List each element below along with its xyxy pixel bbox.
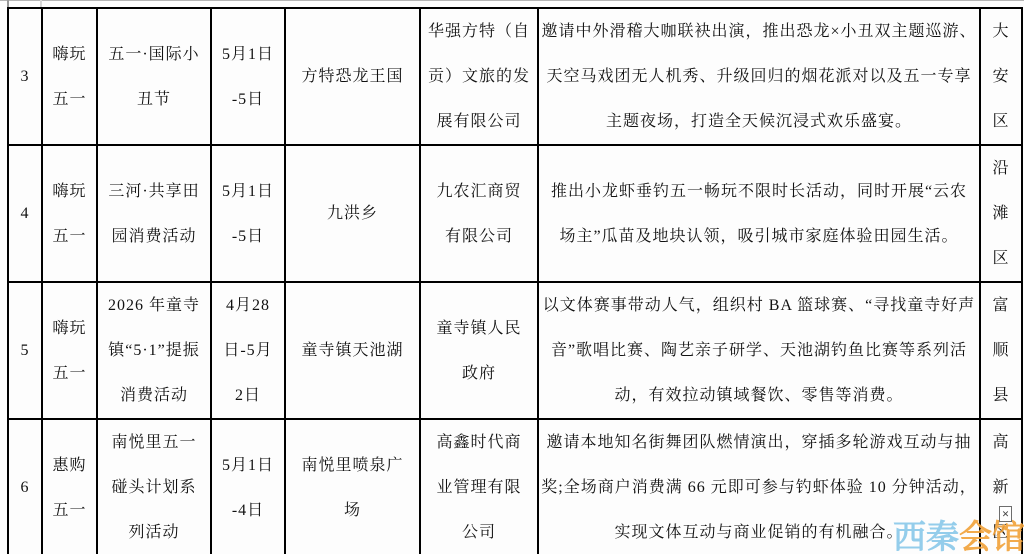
cell-organizer: 童寺镇人民 政府 — [420, 282, 538, 419]
cell-serial-number: 4 — [8, 145, 42, 282]
table-row: 5 嗨玩 五一 2026 年童寺 镇“5·1”提振 消费活动 4月28 日-5月… — [8, 282, 1022, 419]
cell-activity-time: 5月1日 -4日 — [211, 419, 285, 554]
cell-activity-name: 五一·国际小 丑节 — [97, 8, 211, 145]
cell-district: 大 安 区 — [980, 8, 1022, 145]
cell-organizer: 九农汇商贸 有限公司 — [420, 145, 538, 282]
cell-serial-number: 5 — [8, 282, 42, 419]
table-row: 6 惠购 五一 南悦里五一 碰头计划系 列活动 5月1日 -4日 南悦里喷泉广 … — [8, 419, 1022, 554]
cell-district: 沿 滩 区 — [980, 145, 1022, 282]
cell-activity-time: 4月28 日-5月 2日 — [211, 282, 285, 419]
cell-activity-venue: 方特恐龙王国 — [285, 8, 420, 145]
cell-activity-theme: 嗨玩 五一 — [42, 145, 97, 282]
cell-activity-name: 南悦里五一 碰头计划系 列活动 — [97, 419, 211, 554]
cell-activity-time: 5月1日 -5日 — [211, 8, 285, 145]
activities-table: 3 嗨玩 五一 五一·国际小 丑节 5月1日 -5日 方特恐龙王国 华强方特（自… — [7, 7, 1023, 554]
cell-organizer: 高鑫时代商 业管理有限 公司 — [420, 419, 538, 554]
cell-activity-theme: 嗨玩 五一 — [42, 282, 97, 419]
document-page: 3 嗨玩 五一 五一·国际小 丑节 5月1日 -5日 方特恐龙王国 华强方特（自… — [0, 0, 1024, 554]
cell-activity-theme: 惠购 五一 — [42, 419, 97, 554]
cell-activity-time: 5月1日 -5日 — [211, 145, 285, 282]
cell-activity-name: 2026 年童寺 镇“5·1”提振 消费活动 — [97, 282, 211, 419]
cell-activity-venue: 南悦里喷泉广 场 — [285, 419, 420, 554]
cell-district: 富 顺 县 — [980, 282, 1022, 419]
watermark-text-blue: 西秦 — [893, 518, 959, 554]
watermark-text-orange: 会馆 — [959, 518, 1024, 554]
broken-image-icon: ✕ — [999, 506, 1012, 522]
cell-activity-name: 三河·共享田 园消费活动 — [97, 145, 211, 282]
cell-activity-description: 以文体赛事带动人气，组织村 BA 篮球赛、“寻找童寺好声 音”歌唱比赛、陶艺亲子… — [538, 282, 980, 419]
cell-serial-number: 3 — [8, 8, 42, 145]
cell-activity-theme: 嗨玩 五一 — [42, 8, 97, 145]
table-top-remnant-line — [0, 0, 1024, 1]
cell-activity-description: 邀请中外滑稽大咖联袂出演，推出恐龙×小丑双主题巡游、 天空马戏团无人机秀、升级回… — [538, 8, 980, 145]
cell-organizer: 华强方特（自 贡）文旅的发 展有限公司 — [420, 8, 538, 145]
cell-activity-venue: 九洪乡 — [285, 145, 420, 282]
cell-activity-venue: 童寺镇天池湖 — [285, 282, 420, 419]
table-row: 4 嗨玩 五一 三河·共享田 园消费活动 5月1日 -5日 九洪乡 九农汇商贸 … — [8, 145, 1022, 282]
cell-activity-description: 推出小龙虾垂钓五一畅玩不限时长活动，同时开展“云农 场主”瓜苗及地块认领，吸引城… — [538, 145, 980, 282]
table-row: 3 嗨玩 五一 五一·国际小 丑节 5月1日 -5日 方特恐龙王国 华强方特（自… — [8, 8, 1022, 145]
cell-serial-number: 6 — [8, 419, 42, 554]
